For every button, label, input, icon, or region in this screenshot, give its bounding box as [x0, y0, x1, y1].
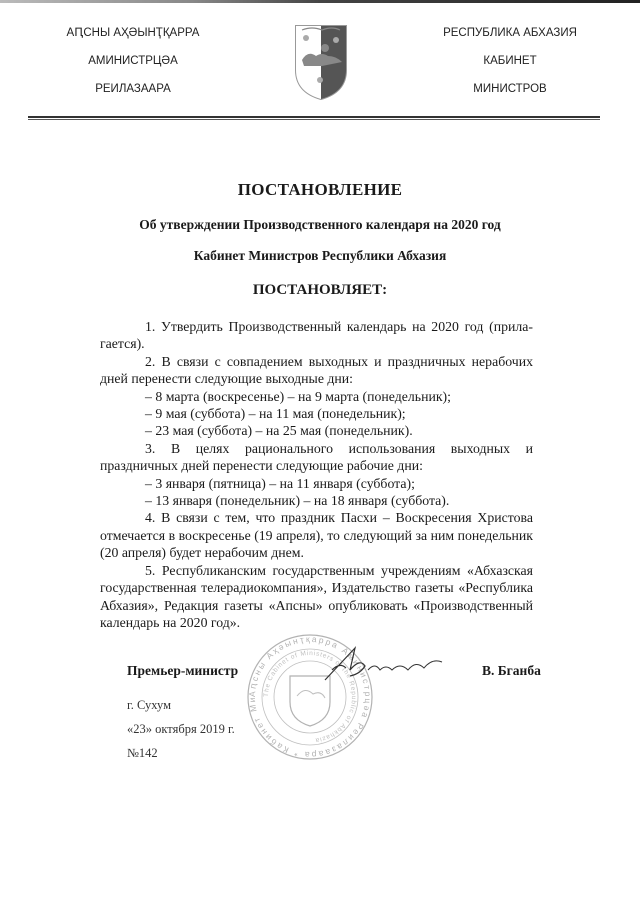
document-number: №142	[127, 746, 158, 761]
header-left-line-2: АМИНИСТРЦӘА	[33, 54, 233, 82]
decree-word: ПОСТАНОВЛЯЕТ:	[0, 282, 640, 299]
header-divider	[28, 116, 600, 120]
scan-top-edge	[0, 0, 640, 3]
signatory-name: В. Бганба	[482, 663, 541, 679]
list-item: – 3 января (пятница) – на 11 января (суб…	[100, 475, 533, 492]
list-item: – 8 марта (воскресенье) – на 9 марта (по…	[100, 388, 533, 405]
document-body: 1. Утвердить Производственный календарь …	[100, 318, 533, 631]
document-date: «23» октября 2019 г.	[127, 722, 235, 737]
list-item: – 9 мая (суббота) – на 11 мая (понедельн…	[100, 405, 533, 422]
paragraph-5: 5. Республиканским государственным учреж…	[100, 562, 533, 632]
list-item: – 13 января (понедельник) – на 18 января…	[100, 492, 533, 509]
paragraph-4: 4. В связи с тем, что праздник Пасхи – В…	[100, 509, 533, 561]
document-title: ПОСТАНОВЛЕНИЕ	[0, 180, 640, 200]
paragraph-2: 2. В связи с совпадением выходных и праз…	[100, 353, 533, 388]
paragraph-1-cont: гается).	[100, 335, 533, 352]
coat-of-arms-icon	[292, 22, 350, 102]
header-right-line-2: КАБИНЕТ	[410, 54, 610, 82]
header-right-line-1: РЕСПУБЛИКА АБХАЗИЯ	[410, 26, 610, 54]
header-right-line-3: МИНИСТРОВ	[410, 82, 610, 110]
header-abkhaz: АԤСНЫ АҲӘЫНҬҚАРРА АМИНИСТРЦӘА РЕИЛАЗААРА	[33, 26, 233, 110]
signatory-position: Премьер-министр	[127, 663, 238, 679]
header-russian: РЕСПУБЛИКА АБХАЗИЯ КАБИНЕТ МИНИСТРОВ	[410, 26, 610, 110]
list-item: – 23 мая (суббота) – на 25 мая (понедель…	[100, 422, 533, 439]
header-left-line-1: АԤСНЫ АҲӘЫНҬҚАРРА	[33, 26, 233, 54]
paragraph-1: 1. Утвердить Производственный календарь …	[100, 318, 533, 335]
document-issuer: Кабинет Министров Республики Абхазия	[0, 248, 640, 264]
paragraph-3: 3. В целях рационального использования в…	[100, 440, 533, 475]
header-left-line-3: РЕИЛАЗААРА	[33, 82, 233, 110]
handwritten-signature-icon	[320, 640, 460, 690]
document-subtitle: Об утверждении Производственного календа…	[0, 217, 640, 233]
document-city: г. Сухум	[127, 698, 171, 713]
